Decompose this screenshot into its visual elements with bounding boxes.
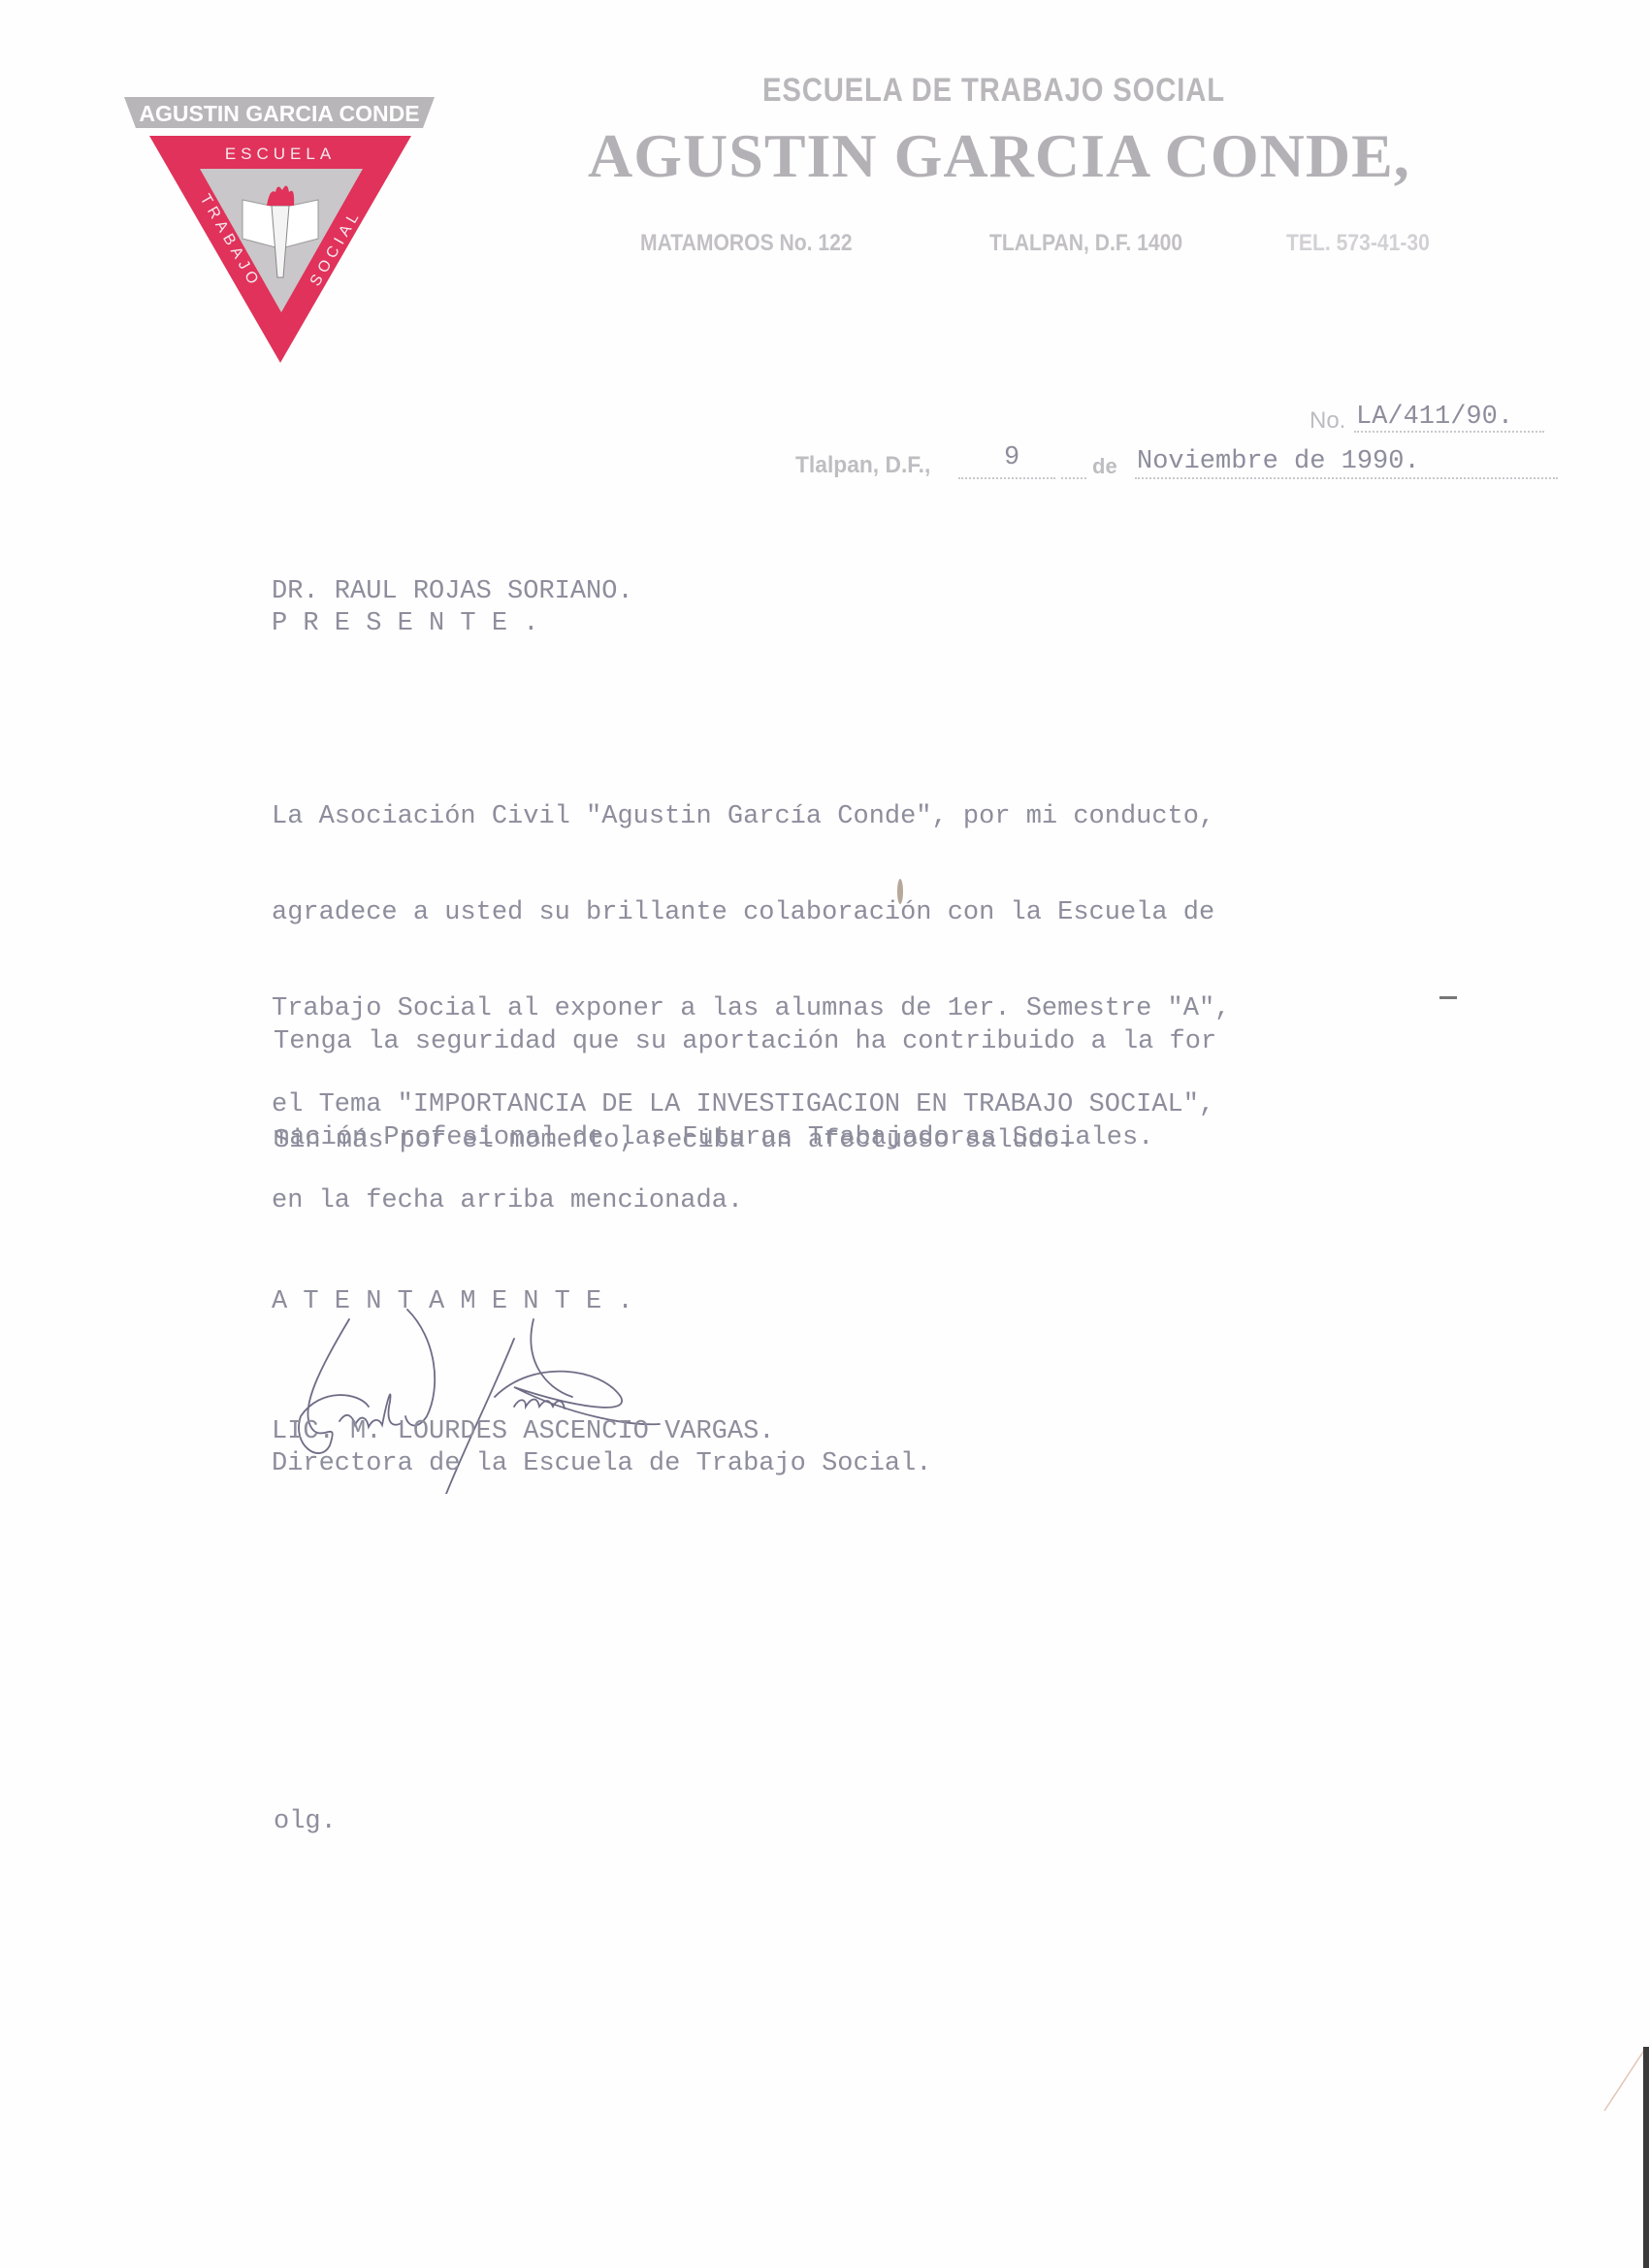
body-line: La Asociación Civil "Agustin García Cond… bbox=[272, 801, 1230, 833]
reference-label: No. bbox=[1309, 407, 1345, 435]
page-edge-shadow bbox=[1643, 2047, 1649, 2268]
date-month-year: Noviembre de 1990. bbox=[1137, 446, 1420, 478]
closing-salutation: A T E N T A M E N T E . bbox=[272, 1286, 633, 1318]
body-line: Tenga la seguridad que su aportación ha … bbox=[274, 1026, 1216, 1058]
logo-emblem-icon: AGUSTIN GARCIA CONDE ESCUELA TRABAJO SOC… bbox=[124, 93, 435, 365]
school-logo: AGUSTIN GARCIA CONDE ESCUELA TRABAJO SOC… bbox=[124, 93, 435, 365]
body-paragraph-3: Sin más por el momento, reciba un afectu… bbox=[274, 1125, 1075, 1157]
hyphen-underline bbox=[1439, 996, 1457, 999]
reference-underline bbox=[1354, 431, 1544, 433]
typist-initials: olg. bbox=[274, 1806, 337, 1838]
date-underline bbox=[1135, 477, 1558, 479]
letterhead-title: AGUSTIN GARCIA CONDE, bbox=[588, 120, 1410, 192]
letter-page: AGUSTIN GARCIA CONDE ESCUELA TRABAJO SOC… bbox=[0, 0, 1649, 2268]
letterhead-phone: TEL. 573-41-30 bbox=[1286, 230, 1430, 257]
signer-block: LIC. M. LOURDES ASCENCIO VARGAS.Director… bbox=[272, 1416, 932, 1480]
letterhead-city: TLALPAN, D.F. 1400 bbox=[989, 230, 1182, 257]
letterhead-subtitle: ESCUELA DE TRABAJO SOCIAL bbox=[762, 72, 1225, 110]
reference-number: LA/411/90. bbox=[1356, 402, 1513, 434]
ink-speck bbox=[897, 879, 903, 904]
recipient-presente: P R E S E N T E . bbox=[272, 608, 633, 640]
signer-name: LIC. M. LOURDES ASCENCIO VARGAS. bbox=[272, 1416, 932, 1448]
body-paragraph-2: Tenga la seguridad que su aportación ha … bbox=[274, 962, 1216, 1218]
body-line: agradece a usted su brillante colaboraci… bbox=[272, 897, 1230, 929]
date-day: 9 bbox=[1004, 442, 1019, 474]
signer-title: Directora de la Escuela de Trabajo Socia… bbox=[272, 1448, 932, 1480]
letterhead-address: MATAMOROS No. 122 bbox=[640, 230, 853, 257]
date-de-label: de bbox=[1092, 454, 1117, 479]
date-underline bbox=[1061, 477, 1086, 479]
svg-text:AGUSTIN GARCIA CONDE: AGUSTIN GARCIA CONDE bbox=[139, 101, 419, 126]
page-fold-mark bbox=[1600, 2047, 1647, 2115]
recipient-block: DR. RAUL ROJAS SORIANO.P R E S E N T E . bbox=[272, 576, 633, 640]
date-place-label: Tlalpan, D.F., bbox=[795, 452, 930, 479]
date-underline bbox=[958, 477, 1055, 479]
svg-text:ESCUELA: ESCUELA bbox=[225, 145, 336, 163]
recipient-name: DR. RAUL ROJAS SORIANO. bbox=[272, 576, 633, 608]
